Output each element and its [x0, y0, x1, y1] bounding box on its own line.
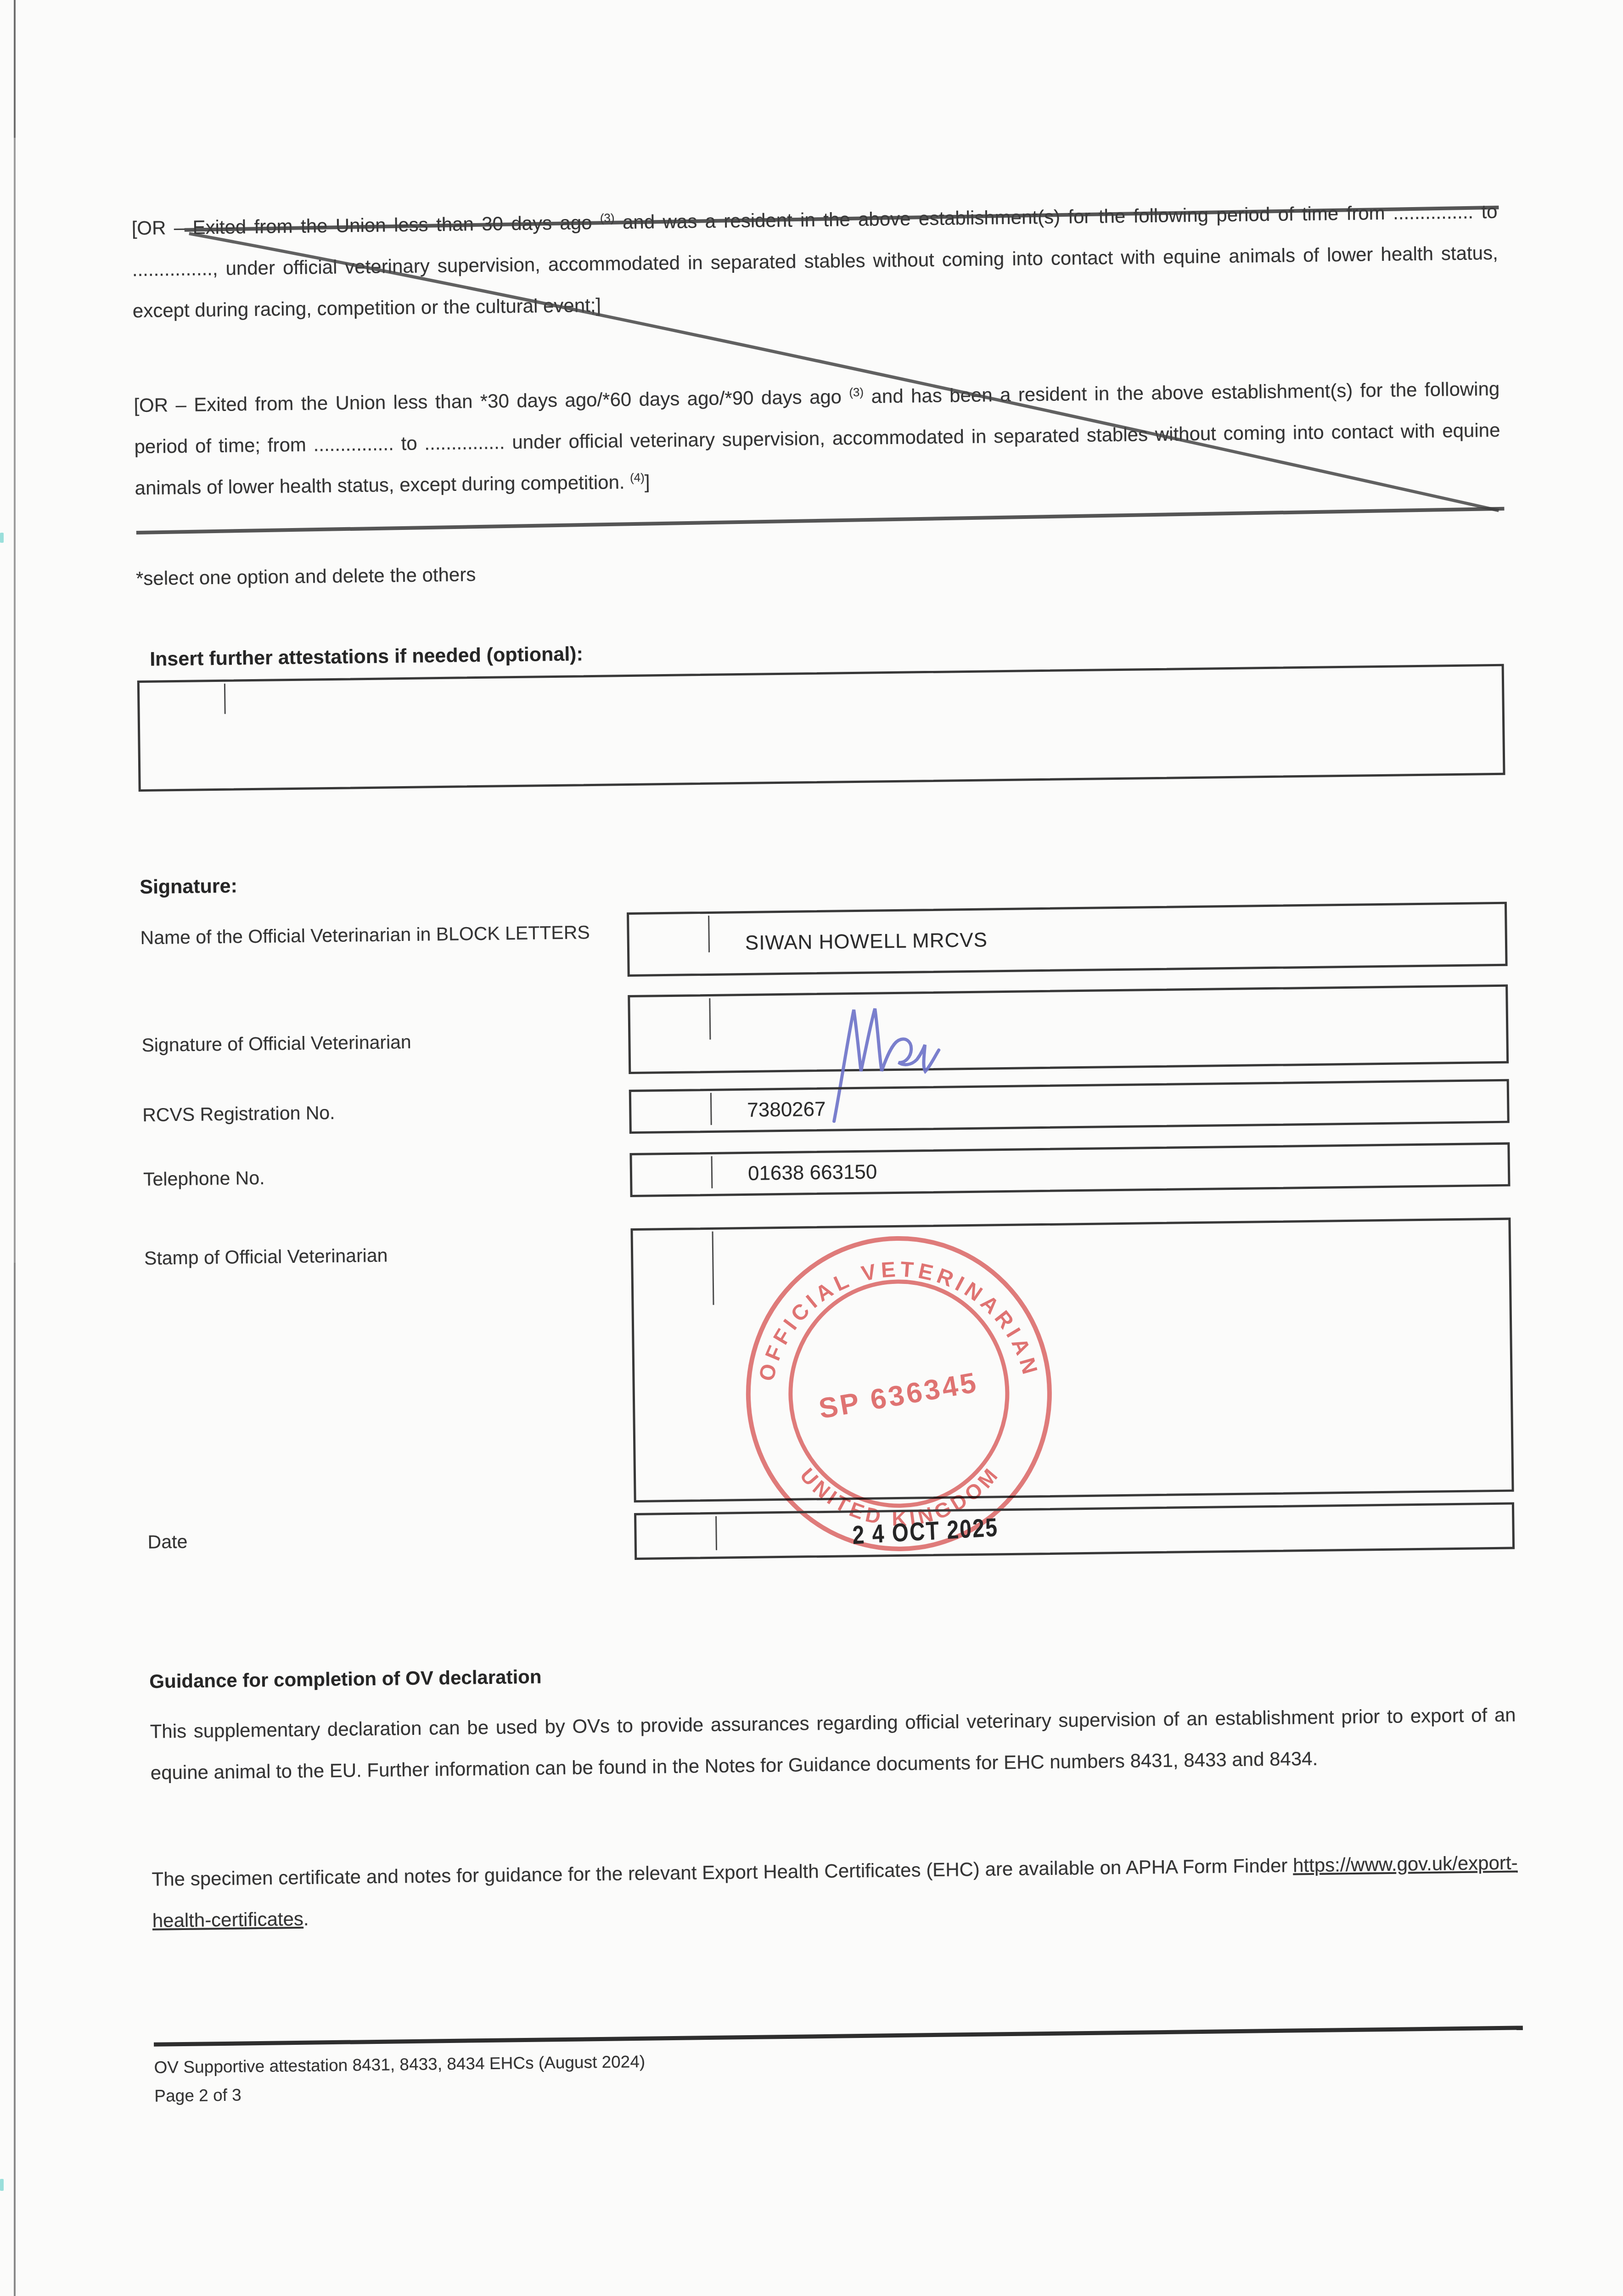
telephone-field-box: 01638 663150 — [629, 1142, 1510, 1197]
scanned-document-page: { "colors": { "ink": "#2f2f2f", "stamp_r… — [0, 0, 1623, 2296]
field-tab-mark — [711, 1156, 713, 1188]
strikeout-lines — [0, 0, 1617, 645]
field-tab-mark — [715, 1516, 717, 1550]
footer-document-title: OV Supportive attestation 8431, 8433, 84… — [154, 2048, 645, 2082]
name-field-label: Name of the Official Veterinarian in BLO… — [140, 919, 590, 951]
date-field-label: Date — [147, 1529, 187, 1555]
field-tab-mark — [224, 684, 226, 714]
name-field-value: SIWAN HOWELL MRCVS — [745, 929, 988, 954]
rcvs-field-value: 7380267 — [747, 1098, 826, 1122]
telephone-field-label: Telephone No. — [143, 1165, 265, 1192]
signature-field-label: Signature of Official Veterinarian — [141, 1029, 411, 1058]
guidance-heading: Guidance for completion of OV declaratio… — [149, 1666, 542, 1692]
rcvs-field-box: 7380267 — [629, 1079, 1510, 1134]
scan-artifact-mark — [0, 2179, 4, 2191]
guidance-paragraph-2-period: . — [303, 1908, 309, 1930]
field-tab-mark — [712, 1232, 714, 1305]
signature-section-heading: Signature: — [140, 875, 237, 899]
attestations-heading: Insert further attestations if needed (o… — [150, 643, 583, 671]
select-option-note: *select one option and delete the others — [136, 562, 476, 591]
field-tab-mark — [708, 916, 710, 952]
guidance-paragraph-2: The specimen certificate and notes for g… — [152, 1842, 1518, 1941]
attestations-input-box — [137, 664, 1505, 792]
guidance-paragraph-2-text: The specimen certificate and notes for g… — [152, 1855, 1293, 1890]
signature-field-box — [628, 985, 1509, 1074]
guidance-paragraph-1: This supplementary declaration can be us… — [150, 1694, 1516, 1794]
field-tab-mark — [710, 1093, 712, 1125]
document-page: [OR – Exited from the Union less than 30… — [0, 0, 1623, 2296]
stamp-center-code: SP 636345 — [816, 1367, 980, 1425]
rcvs-field-label: RCVS Registration No. — [142, 1100, 335, 1128]
footer-page-number: Page 2 of 3 — [154, 2081, 241, 2110]
date-stamp-value: 2 4 OCT 2025 — [852, 1512, 999, 1550]
footer-divider — [154, 2026, 1523, 2046]
stamp-field-label: Stamp of Official Veterinarian — [144, 1242, 388, 1271]
telephone-field-value: 01638 663150 — [748, 1160, 877, 1185]
name-field-box: SIWAN HOWELL MRCVS — [627, 902, 1508, 977]
field-tab-mark — [709, 998, 711, 1040]
